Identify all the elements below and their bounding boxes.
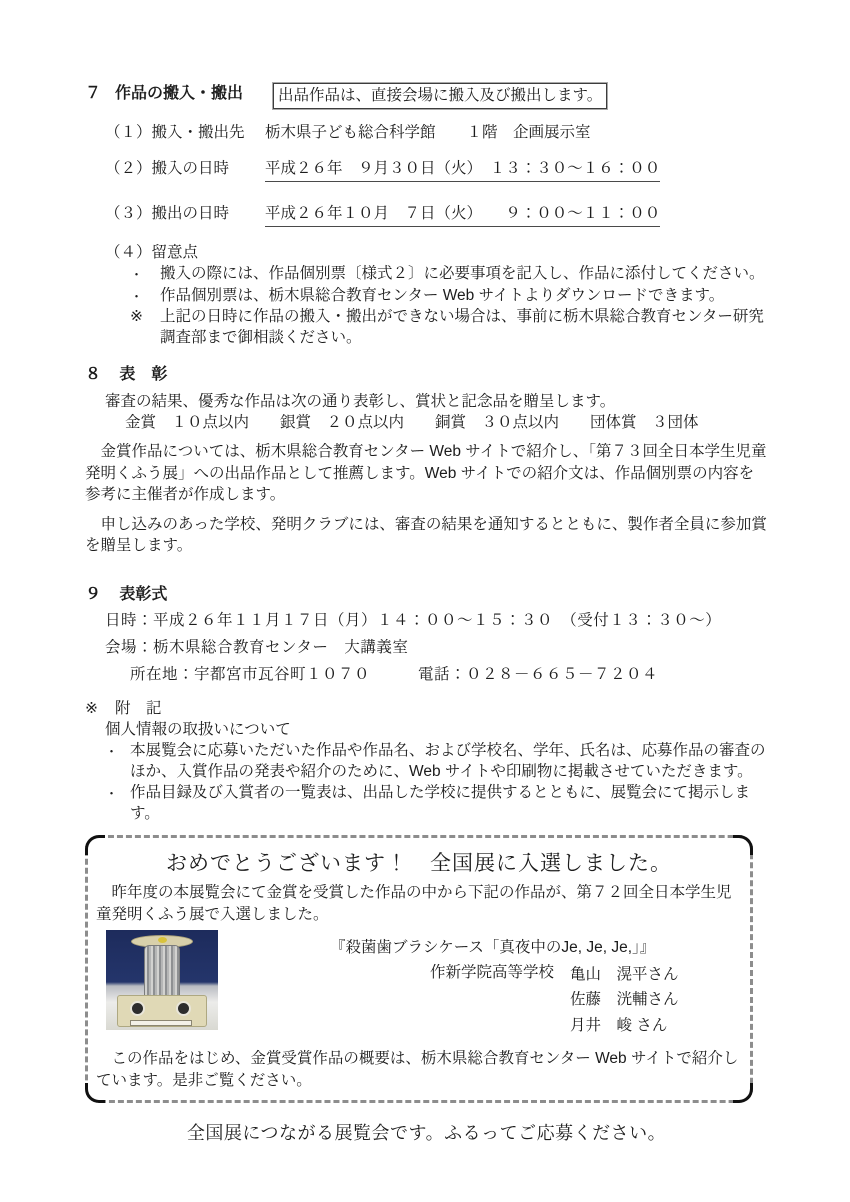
row-value: 栃木県子ども総合科学館 １階 企画展示室: [265, 122, 591, 143]
photo-device-knob: [176, 1001, 191, 1016]
notes-label: （４）留意点: [105, 242, 768, 263]
bullet-text: 搬入の際には、作品個別票〔様式２〕に必要事項を記入し、作品に添付してください。: [160, 264, 768, 286]
section9-heading: ９ 表彰式: [85, 584, 768, 605]
row-label: （２）搬入の日時: [105, 158, 265, 182]
section8-number: ８: [85, 366, 101, 383]
congratulations-intro: 昨年度の本展覧会にて金賞を受賞した作品の中から下記の作品が、第７２回全日本学生児…: [96, 882, 742, 926]
section9-number: ９: [85, 586, 101, 603]
privacy-bullet: ・ 本展覧会に応募いただいた作品や作品名、および学校名、学年、氏名は、応募作品の…: [105, 740, 768, 782]
school-and-names: 作新学院高等学校 亀山 滉平さん 佐藤 洸輔さん 月井 峻 さん: [430, 962, 679, 1039]
participation-award-paragraph: 申し込みのあった学校、発明クラブには、審査の結果を通知するとともに、製作者全員に…: [85, 514, 768, 557]
gold-award-paragraph: 金賞作品については、栃木県総合教育センター Web サイトで紹介し、「第７３回全…: [85, 441, 768, 506]
congratulations-outro: この作品をはじめ、金賞受賞作品の概要は、栃木県総合教育センター Web サイトで…: [96, 1048, 742, 1092]
appendix-mark: ※: [85, 698, 105, 719]
boxed-note: 出品作品は、直接会場に搬入及び搬出します。: [273, 83, 607, 109]
reference-mark: ※: [130, 307, 160, 348]
section8-heading: ８ 表 彰: [85, 364, 768, 385]
bullet-icon: ・: [105, 782, 130, 824]
row-value-underlined: 平成２６年１０月 ７日（火） ９：００～１１：００: [265, 203, 660, 227]
section7-heading: ７ 作品の搬入・搬出 出品作品は、直接会場に搬入及び搬出します。: [85, 83, 768, 109]
ceremony-datetime: 日時：平成２６年１１月１７日（月）１４：００～１５：３０ （受付１３：３０～）: [105, 610, 768, 631]
bullet-icon: ・: [130, 264, 160, 286]
bullet-icon: ・: [105, 740, 130, 782]
reference-text: 上記の日時に作品の搬入・搬出ができない場合は、事前に栃木県総合教育センター研究調…: [160, 307, 768, 348]
appendix-heading: ※ 附 記: [85, 698, 768, 719]
privacy-subtitle: 個人情報の取扱いについて: [105, 719, 768, 740]
photo-device-cap-dot: [158, 937, 167, 943]
winner-name: 月井 峻 さん: [570, 1013, 679, 1039]
bullet-text: 作品目録及び入賞者の一覧表は、出品した学校に提供するとともに、展覧会にて掲示しま…: [130, 782, 768, 824]
photo-device-label: [130, 1020, 192, 1026]
section7-title: 作品の搬入・搬出: [115, 83, 243, 104]
section8-title: 表 彰: [119, 366, 167, 383]
privacy-bullet: ・ 作品目録及び入賞者の一覧表は、出品した学校に提供するとともに、展覧会にて掲示…: [105, 782, 768, 824]
winner-name: 佐藤 洸輔さん: [570, 987, 679, 1013]
document-page: ７ 作品の搬入・搬出 出品作品は、直接会場に搬入及び搬出します。 （１）搬入・搬…: [0, 0, 850, 1202]
winning-work-row: 『殺菌歯ブラシケース「真夜中のJe, Je, Je,」』 作新学院高等学校 亀山…: [96, 930, 742, 1039]
work-title: 『殺菌歯ブラシケース「真夜中のJe, Je, Je,」』: [330, 936, 679, 960]
row-label: （１）搬入・搬出先: [105, 122, 265, 143]
reference-note: ※ 上記の日時に作品の搬入・搬出ができない場合は、事前に栃木県総合教育センター研…: [130, 307, 768, 348]
bullet-text: 作品個別票は、栃木県総合教育センター Web サイトよりダウンロードできます。: [160, 286, 768, 308]
bullet-icon: ・: [130, 286, 160, 308]
carry-out-datetime-row: （３）搬出の日時 平成２６年１０月 ７日（火） ９：００～１１：００: [105, 203, 768, 227]
congratulations-box: おめでとうございます！ 全国展に入選しました。 昨年度の本展覧会にて金賞を受賞し…: [85, 835, 753, 1104]
winner-name: 亀山 滉平さん: [570, 962, 679, 988]
awards-list: 金賞 １０点以内 銀賞 ２０点以内 銅賞 ３０点以内 団体賞 ３団体: [125, 412, 768, 433]
photo-device-cylinder: [144, 945, 180, 1001]
row-value-underlined: 平成２６年 ９月３０日（火） １３：３０～１６：００: [265, 158, 660, 182]
note-bullet: ・ 作品個別票は、栃木県総合教育センター Web サイトよりダウンロードできます…: [130, 286, 768, 308]
congratulations-title: おめでとうございます！ 全国展に入選しました。: [96, 850, 742, 878]
awards-intro: 審査の結果、優秀な作品は次の通り表彰し、賞状と記念品を贈呈します。: [105, 391, 768, 412]
winning-work-photo: [106, 930, 218, 1030]
carry-in-datetime-row: （２）搬入の日時 平成２６年 ９月３０日（火） １３：３０～１６：００: [105, 158, 768, 182]
section9-title: 表彰式: [119, 586, 167, 603]
photo-device-knob: [130, 1001, 145, 1016]
school-name: 作新学院高等学校: [430, 962, 554, 1039]
ceremony-venue: 会場：栃木県総合教育センター 大講義室: [105, 637, 768, 658]
appendix: ※ 附 記 個人情報の取扱いについて ・ 本展覧会に応募いただいた作品や作品名、…: [85, 698, 768, 824]
closing-message: 全国展につながる展覧会です。ふるってご応募ください。: [85, 1123, 768, 1144]
row-label: （３）搬出の日時: [105, 203, 265, 227]
ceremony-address: 所在地：宇都宮市瓦谷町１０７０ 電話：０２８－６６５－７２０４: [130, 664, 768, 685]
appendix-title: 附 記: [115, 698, 162, 719]
section7-number: ７: [85, 83, 101, 104]
bullet-text: 本展覧会に応募いただいた作品や作品名、および学校名、学年、氏名は、応募作品の審査…: [130, 740, 768, 782]
winning-work-info: 『殺菌歯ブラシケース「真夜中のJe, Je, Je,」』 作新学院高等学校 亀山…: [330, 936, 679, 1039]
note-bullet: ・ 搬入の際には、作品個別票〔様式２〕に必要事項を記入し、作品に添付してください…: [130, 264, 768, 286]
winner-names: 亀山 滉平さん 佐藤 洸輔さん 月井 峻 さん: [570, 962, 679, 1039]
carry-destination-row: （１）搬入・搬出先 栃木県子ども総合科学館 １階 企画展示室: [105, 122, 768, 143]
